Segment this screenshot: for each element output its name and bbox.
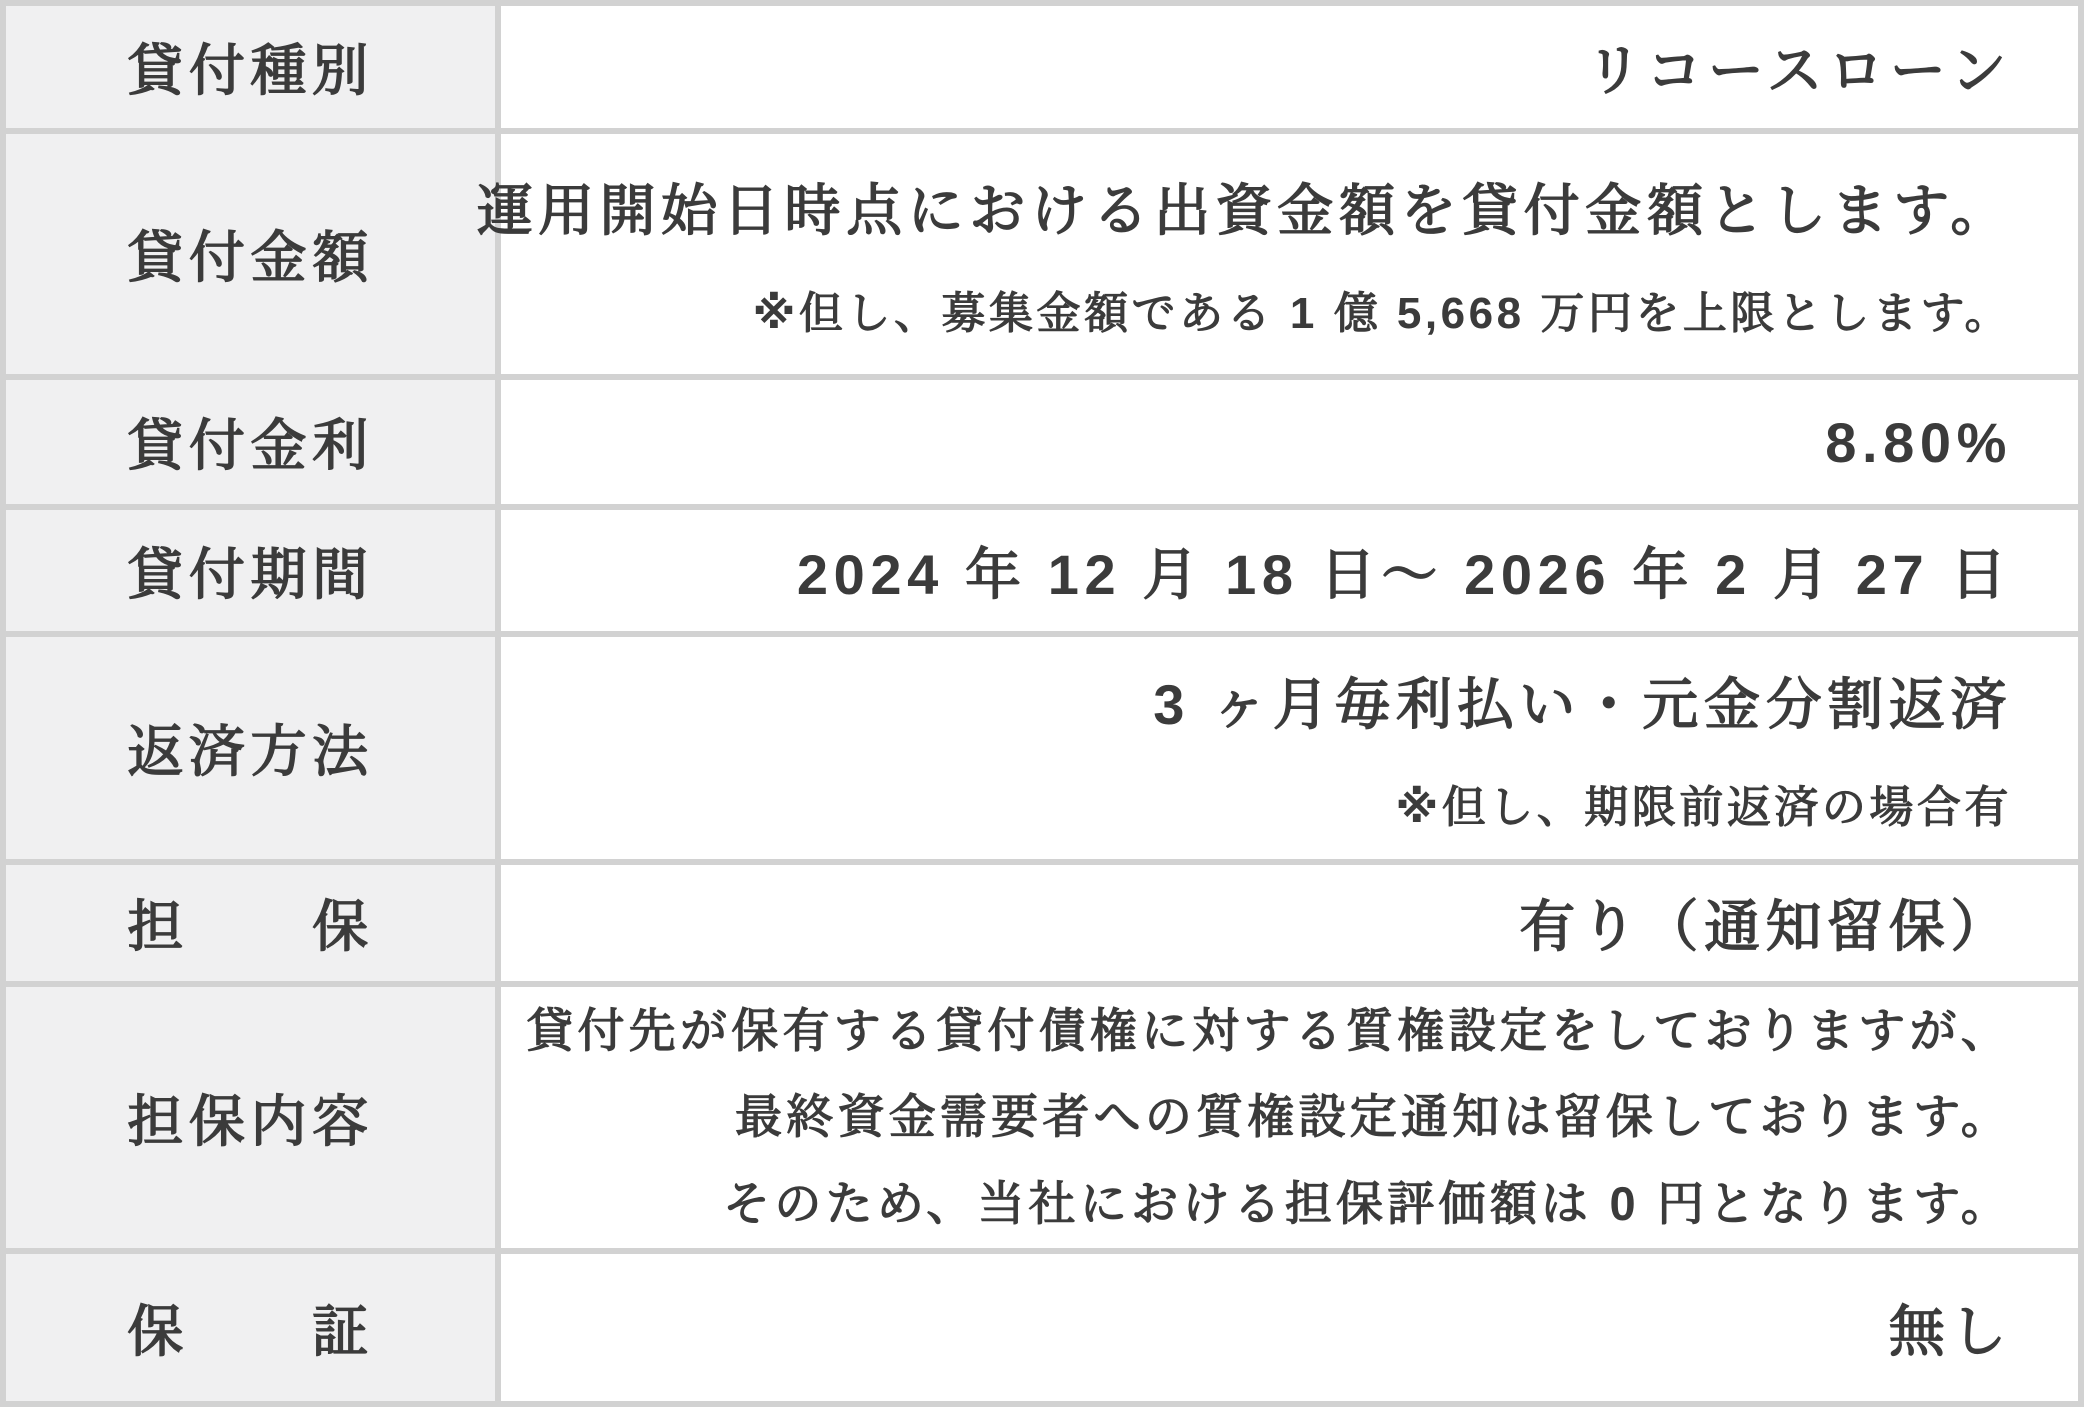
loan-amount-value: 運用開始日時点における出資金額を貸付金額とします。 [476, 167, 2012, 247]
row-value-collateral-detail: 貸付先が保有する貸付債権に対する質権設定をしておりますが、 最終資金需要者への質… [498, 984, 2081, 1251]
row-value-loan-type: リコースローン [498, 3, 2081, 131]
table-row-guarantee: 保 証 無し [3, 1251, 2081, 1404]
row-label-repayment-method: 返済方法 [3, 634, 498, 862]
table-row-loan-type: 貸付種別 リコースローン [3, 3, 2081, 131]
table-row-collateral-detail: 担保内容 貸付先が保有する貸付債権に対する質権設定をしておりますが、 最終資金需… [3, 984, 2081, 1251]
row-value-loan-amount: 運用開始日時点における出資金額を貸付金額とします。 ※但し、募集金額である 1 … [498, 131, 2081, 377]
row-label-loan-type: 貸付種別 [3, 3, 498, 131]
interest-rate-value: 8.80% [1825, 410, 2012, 475]
table-row-loan-amount: 貸付金額 運用開始日時点における出資金額を貸付金額とします。 ※但し、募集金額で… [3, 131, 2081, 377]
guarantee-value: 無し [1889, 1288, 2012, 1368]
row-label-guarantee: 保 証 [3, 1251, 498, 1404]
collateral-detail-line-1: 貸付先が保有する貸付債権に対する質権設定をしておりますが、 [526, 988, 2012, 1074]
loan-amount-note: ※但し、募集金額である 1 億 5,668 万円を上限とします。 [753, 277, 2012, 341]
row-label-collateral-detail: 担保内容 [3, 984, 498, 1251]
row-value-interest-rate: 8.80% [498, 377, 2081, 507]
row-label-loan-period: 貸付期間 [3, 507, 498, 634]
repayment-method-value: 3 ヶ月毎利払い・元金分割返済 [1153, 661, 2012, 741]
row-label-loan-amount: 貸付金額 [3, 131, 498, 377]
table-row-collateral: 担 保 有り（通知留保） [3, 862, 2081, 984]
repayment-method-note: ※但し、期限前返済の場合有 [1395, 771, 2012, 835]
collateral-detail-line-2: 最終資金需要者への質権設定通知は留保しております。 [735, 1074, 2012, 1160]
row-value-loan-period: 2024 年 12 月 18 日〜 2026 年 2 月 27 日 [498, 507, 2081, 634]
row-value-guarantee: 無し [498, 1251, 2081, 1404]
collateral-value: 有り（通知留保） [1519, 883, 2012, 963]
loan-terms-table: 貸付種別 リコースローン 貸付金額 運用開始日時点における出資金額を貸付金額とし… [0, 0, 2084, 1407]
table-row-interest-rate: 貸付金利 8.80% [3, 377, 2081, 507]
table-row-loan-period: 貸付期間 2024 年 12 月 18 日〜 2026 年 2 月 27 日 [3, 507, 2081, 634]
table-row-repayment-method: 返済方法 3 ヶ月毎利払い・元金分割返済 ※但し、期限前返済の場合有 [3, 634, 2081, 862]
collateral-detail-line-3: そのため、当社における担保評価額は 0 円となります。 [723, 1161, 2012, 1247]
row-label-interest-rate: 貸付金利 [3, 377, 498, 507]
loan-type-value: リコースローン [1586, 27, 2012, 107]
loan-period-value: 2024 年 12 月 18 日〜 2026 年 2 月 27 日 [797, 531, 2012, 611]
row-label-collateral: 担 保 [3, 862, 498, 984]
row-value-collateral: 有り（通知留保） [498, 862, 2081, 984]
row-value-repayment-method: 3 ヶ月毎利払い・元金分割返済 ※但し、期限前返済の場合有 [498, 634, 2081, 862]
